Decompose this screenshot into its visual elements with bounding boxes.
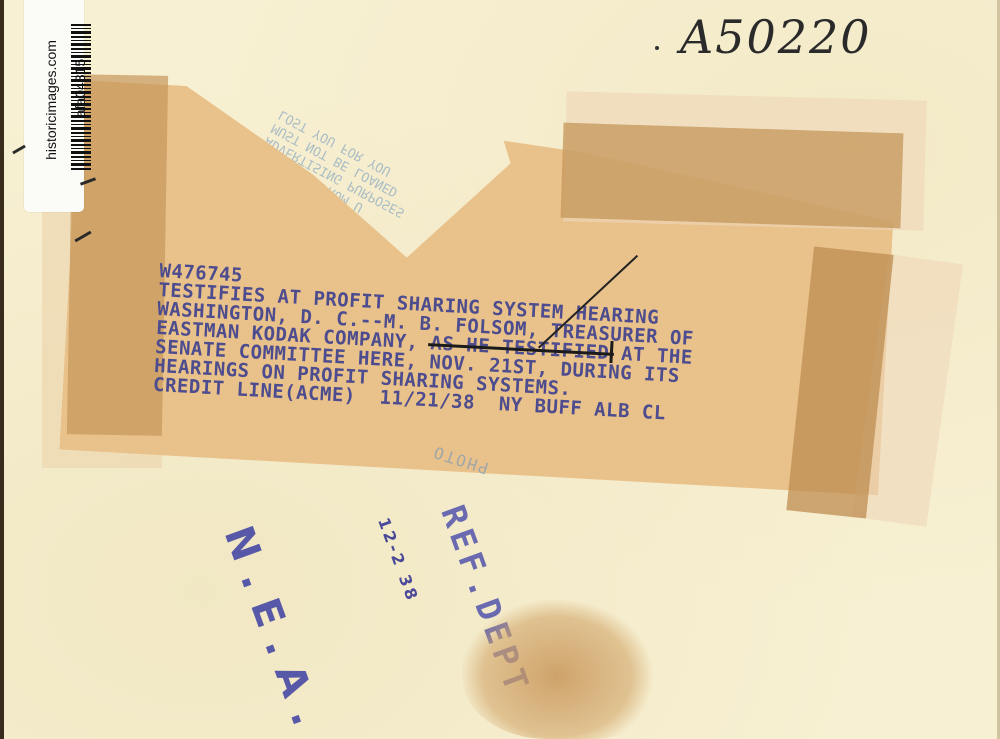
label-item-id: afa04315 <box>72 0 92 188</box>
barcode-label: historicimages.com afa04315 <box>24 0 84 212</box>
label-site: historicimages.com <box>43 0 63 200</box>
handwritten-archive-id: A50220 <box>680 10 872 64</box>
pen-dot <box>655 46 659 50</box>
scan-edge-left <box>0 0 4 739</box>
tape-strip <box>561 123 904 229</box>
water-stain <box>462 600 652 739</box>
